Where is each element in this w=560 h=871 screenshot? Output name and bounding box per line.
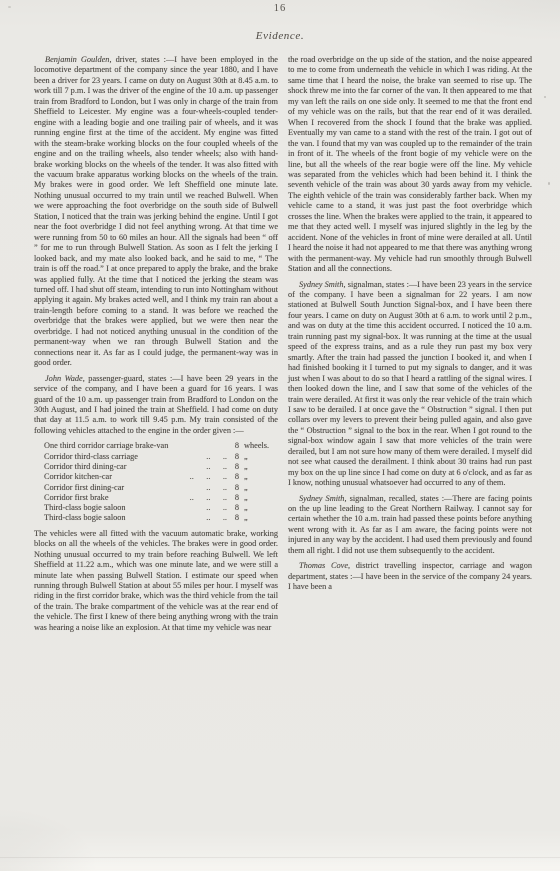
vehicle-name: Third-class bogie saloon [44,513,126,523]
vehicle-name: Corridor third dining-car [44,462,127,472]
vehicle-row: Corridor third dining-car.. ..8„ [44,462,278,472]
witness-name: John Wade [45,374,83,383]
page-heading: Evidence. [0,30,560,42]
text-columns: Benjamin Goulden, driver, states :—I hav… [0,42,560,638]
ditto-mark: „ [239,483,278,493]
wheel-count: 8 [230,472,239,482]
witness-name: Thomas Cove [299,561,348,570]
dot-leaders: .. .. [124,483,230,493]
ditto-mark: „ [239,503,278,513]
testimony-text: , driver, states :—I have been employed … [34,55,278,367]
wheel-unit: wheels. [239,441,278,451]
vehicle-row: Corridor third-class carriage.. ..8„ [44,452,278,462]
scan-speck [544,96,546,98]
vehicle-name: Corridor kitchen-car [44,472,112,482]
wheel-count: 8 [230,513,239,523]
ditto-mark: „ [239,513,278,523]
dot-leaders: .. .. .. [112,472,230,482]
scan-speck [548,182,550,185]
ditto-mark: „ [239,493,278,503]
wheel-count: 8 [230,493,239,503]
testimony-wade-continued: The vehicles were all fitted with the va… [34,529,278,634]
testimony-smith: Sydney Smith, signalman, states :—I have… [288,280,532,489]
testimony-text: The vehicles were all fitted with the va… [34,529,278,632]
scan-speck [8,6,11,8]
dot-leaders: .. .. [127,462,231,472]
vehicle-name: Third-class bogie saloon [44,503,126,513]
testimony-smith-recalled: Sydney Smith, signalman, recalled, state… [288,494,532,557]
scanned-document-page: 16 Evidence. Benjamin Goulden, driver, s… [0,0,560,871]
vehicle-name: Corridor first dining-car [44,483,124,493]
testimony-wade-continuation: the road overbridge on the up side of th… [288,55,532,275]
witness-name: Benjamin Goulden [45,55,109,64]
vehicle-row: One third corridor carriage brake-van8wh… [44,441,278,451]
witness-name: Sydney Smith [299,494,344,503]
testimony-cove: Thomas Cove, district travelling inspect… [288,561,532,592]
ditto-mark: „ [239,462,278,472]
wheel-count: 8 [230,462,239,472]
vehicle-row: Corridor first dining-car.. ..8„ [44,483,278,493]
dot-leaders: .. .. [126,513,230,523]
vehicle-list: One third corridor carriage brake-van8wh… [44,441,278,523]
wheel-count: 8 [230,503,239,513]
vehicle-name: One third corridor carriage brake-van [44,441,168,451]
testimony-wade-intro: John Wade, passenger-guard, states :—I h… [34,374,278,437]
left-column: Benjamin Goulden, driver, states :—I hav… [34,55,278,638]
witness-name: Sydney Smith [299,280,344,289]
right-column: the road overbridge on the up side of th… [288,55,532,638]
vehicle-name: Corridor third-class carriage [44,452,138,462]
dot-leaders: .. .. [126,503,230,513]
dot-leaders: .. .. .. [109,493,230,503]
vehicle-row: Third-class bogie saloon.. ..8„ [44,503,278,513]
dot-leaders: .. .. [138,452,230,462]
ditto-mark: „ [239,452,278,462]
page-number: 16 [0,0,560,14]
vehicle-row: Corridor first brake.. .. ..8„ [44,493,278,503]
vehicle-name: Corridor first brake [44,493,109,503]
wheel-count: 8 [230,452,239,462]
vehicle-row: Corridor kitchen-car.. .. ..8„ [44,472,278,482]
wheel-count: 8 [230,441,239,451]
wheel-count: 8 [230,483,239,493]
ditto-mark: „ [239,472,278,482]
testimony-text: the road overbridge on the up side of th… [288,55,532,273]
testimony-goulden: Benjamin Goulden, driver, states :—I hav… [34,55,278,369]
testimony-text: , signalman, states :—I have been 23 yea… [288,280,532,488]
dot-leaders [168,441,230,451]
vehicle-row: Third-class bogie saloon.. ..8„ [44,513,278,523]
scan-page-edge [0,857,560,871]
